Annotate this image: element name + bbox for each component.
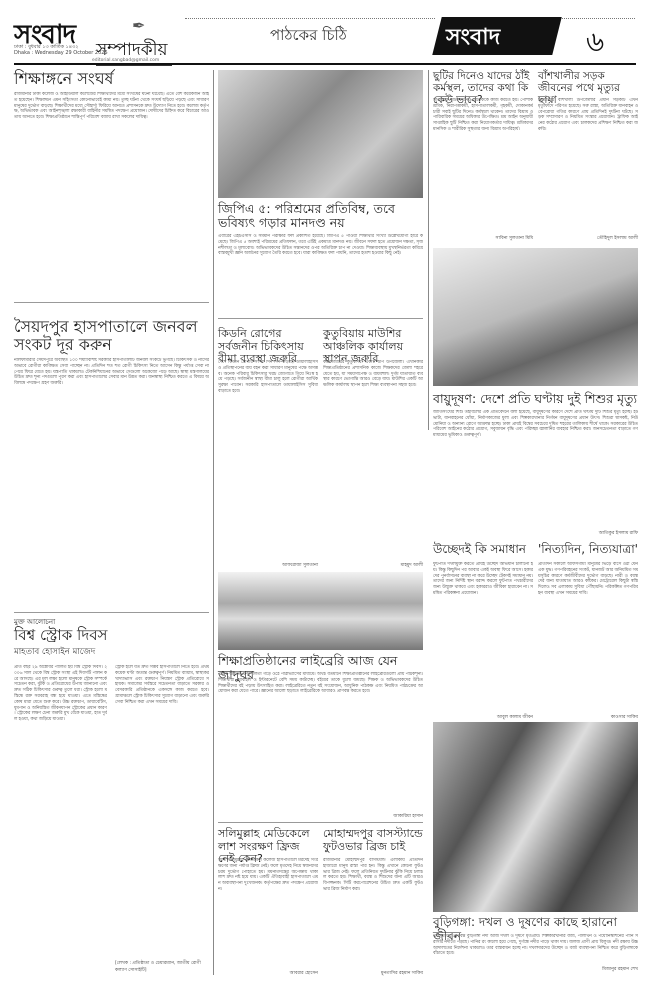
editorial-body: রাজধানীর ঢাকা কলেজ ও আইডিয়াল কলেজের শিক… bbox=[14, 92, 209, 297]
air-pollution-photo bbox=[433, 248, 638, 386]
letter-byline: কাওসার সাকিব bbox=[538, 714, 638, 721]
letter-body: প্রতিদিন সকালে অফিসগামী মানুষের ভিড়ে বা… bbox=[538, 562, 638, 712]
dotted-divider bbox=[560, 18, 635, 19]
column-author-note: [লেখক : প্রতিষ্ঠাতা ও চেয়ারম্যান, জাতীয… bbox=[115, 960, 209, 974]
dateline: ঢাকা : বুধবার ১৩ কার্তিক ১৪৩২ Dhaka : We… bbox=[14, 44, 108, 56]
logo-badge-text: সংবাদ bbox=[446, 20, 500, 57]
letter-body: ফুটপাত দখলমুক্ত করতে প্রায়ই উচ্ছেদ অভিয… bbox=[433, 562, 533, 712]
letter-body: দেশে কিডনি রোগীর সংখ্যা দিন দিন বাড়ছে। … bbox=[218, 360, 318, 560]
quill-pen-icon: ✒ bbox=[132, 16, 145, 35]
divider bbox=[218, 822, 423, 823]
letter-headline: 'নিত্যদিন, নিত্যযাত্রা' bbox=[538, 543, 638, 557]
readers-letters-header: পাঠকের চিঠি bbox=[270, 24, 347, 49]
letter-body: রাজধানীর মোহাম্মদপুর বাসস্ট্যান্ড এলাকায… bbox=[323, 858, 423, 968]
letter-byline: মুনতাসির রহমান সাকিব bbox=[323, 970, 423, 977]
column-author: মাহতাব হোসাইন মাজেদ bbox=[14, 648, 209, 658]
letter-byline: মাহমুদ আলী bbox=[323, 562, 423, 569]
letter-byline: মিজানুর রহমান শেখ bbox=[433, 966, 638, 973]
letter-headline: মোহাম্মদপুর বাসস্ট্যান্ডে ফুটওভার ব্রিজ … bbox=[323, 828, 423, 853]
letter-body: চট্টগ্রামের বাঁশখালী উপজেলার প্রধান সড়ক… bbox=[538, 98, 638, 233]
column-divider bbox=[213, 70, 214, 975]
column-body-right: স্ট্রোক হলে যত দ্রুত সম্ভব হাসপাতালে নিত… bbox=[115, 665, 209, 955]
letter-body: স্যার সলিমুল্লাহ মেডিকেল কলেজ হাসপাতালে … bbox=[218, 858, 318, 968]
page-number: ৬ bbox=[586, 20, 604, 67]
column-body-left: প্রতি বছর ২৯ অক্টোবর পালিত হয় বিশ্ব স্ট… bbox=[14, 665, 107, 975]
divider bbox=[14, 302, 209, 303]
editorial-body: নীলফামারীর সৈয়দপুরে অবস্থিত ১০০ শয্যাবি… bbox=[14, 358, 209, 608]
letter-byline: আবুল কালাম জীবন bbox=[433, 714, 533, 721]
letter-body: একটি জাতির মননশীলতা গড়ে ওঠে পাঠাভ্যাসের… bbox=[218, 672, 423, 812]
top-rule bbox=[14, 63, 636, 65]
letter-body: সাপ্তাহিক ছুটির দিনেও অনেককে কাজ করতে হয… bbox=[433, 98, 533, 233]
editorial-headline: সৈয়দপুর হাসপাতালে জনবল সংকট দূর করুন bbox=[14, 318, 209, 355]
library-bookshelf-photo bbox=[218, 572, 423, 650]
letter-headline: উচ্ছেদই কি সমাধান bbox=[433, 543, 533, 557]
letter-byline: জাকারিয়া হাসান bbox=[218, 813, 423, 820]
letter-body: জাতিসংঘের শিশু তহবিলের এক প্রতিবেদনে বলা… bbox=[433, 410, 638, 528]
letter-byline: তৌহিদুল ইসলাম আলী bbox=[538, 235, 638, 242]
letter-byline: আবরার হোসেন bbox=[218, 970, 318, 977]
date-english: Dhaka : Wednesday 29 October 2025 bbox=[14, 50, 108, 56]
dotted-divider bbox=[185, 18, 435, 19]
divider bbox=[218, 318, 423, 319]
column-headline: বিশ্ব স্ট্রোক দিবস bbox=[14, 627, 209, 644]
letter-body: কক্সবাজারের কুতুবদিয়া একটি দ্বীপ উপজেলা… bbox=[323, 360, 423, 560]
divider bbox=[14, 612, 209, 613]
column-divider bbox=[428, 70, 429, 430]
letter-byline: আতিকুর ইসলাম রাফি bbox=[433, 530, 638, 537]
letter-body: একসময়ের প্রাণবন্ত বুড়িগঙ্গা নদী আজ দখল… bbox=[433, 934, 638, 964]
letter-byline: সাবিনা সুলতানা মিমি bbox=[433, 235, 533, 242]
letter-body: এবারের এইচএসসি ও সমমান পরীক্ষার ফল প্রকা… bbox=[218, 234, 423, 309]
letter-byline: আফরোজা সুলতানা bbox=[218, 562, 318, 569]
editorial-headline: শিক্ষাঙ্গনে সংঘর্ষ bbox=[14, 70, 209, 88]
letter-headline: জিপিএ ৫: পরিশ্রমের প্রতিবিম্ব, তবে ভবিষ্… bbox=[218, 202, 423, 231]
column-kicker: মুক্ত আলোচনা bbox=[14, 618, 55, 626]
letter-headline: বায়ুদূষণ: দেশে প্রতি ঘণ্টায় দুই শিশুর … bbox=[433, 392, 638, 406]
students-exam-result-photo bbox=[218, 70, 423, 198]
buriganga-river-pollution-photo bbox=[433, 722, 638, 912]
